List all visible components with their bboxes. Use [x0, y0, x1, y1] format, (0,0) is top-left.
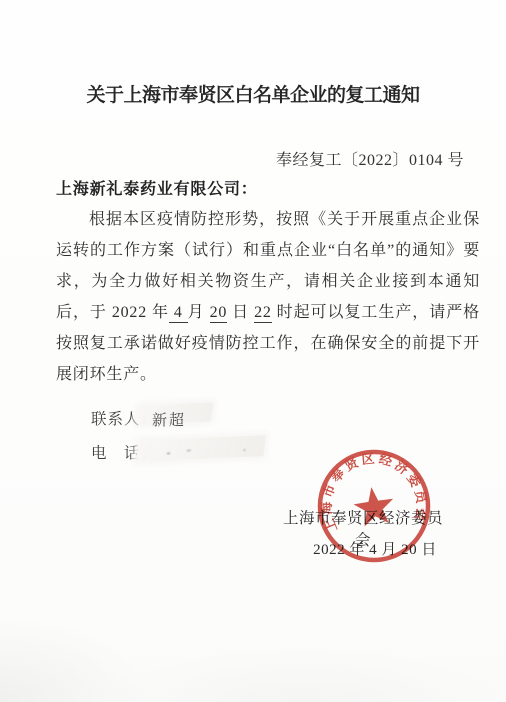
- document-page: 关于上海市奉贤区白名单企业的复工通知 奉经复工〔2022〕0104 号 上海新礼…: [0, 0, 506, 702]
- official-red-seal: 上海市奉贤区经济委员会: [306, 438, 442, 574]
- body-paragraph: 根据本区疫情防控形势，按照《关于开展重点企业保运转的工作方案（试行）和重点企业“…: [56, 204, 480, 390]
- contact-person-partial-name: 新超: [152, 409, 186, 430]
- underlined-hour-number: 22: [254, 304, 272, 323]
- seal-star-icon: [352, 484, 397, 527]
- page-title: 关于上海市奉贤区白名单企业的复工通知: [0, 80, 506, 107]
- body-segment: 日: [227, 304, 254, 321]
- addressee: 上海新礼泰药业有限公司：: [56, 176, 258, 199]
- underlined-day-number: 20: [210, 304, 228, 323]
- body-segment: 月: [188, 304, 210, 321]
- contact-phone-redaction: [136, 435, 267, 462]
- underlined-month-number: 4: [169, 304, 188, 323]
- doc-number: 奉经复工〔2022〕0104 号: [276, 147, 464, 170]
